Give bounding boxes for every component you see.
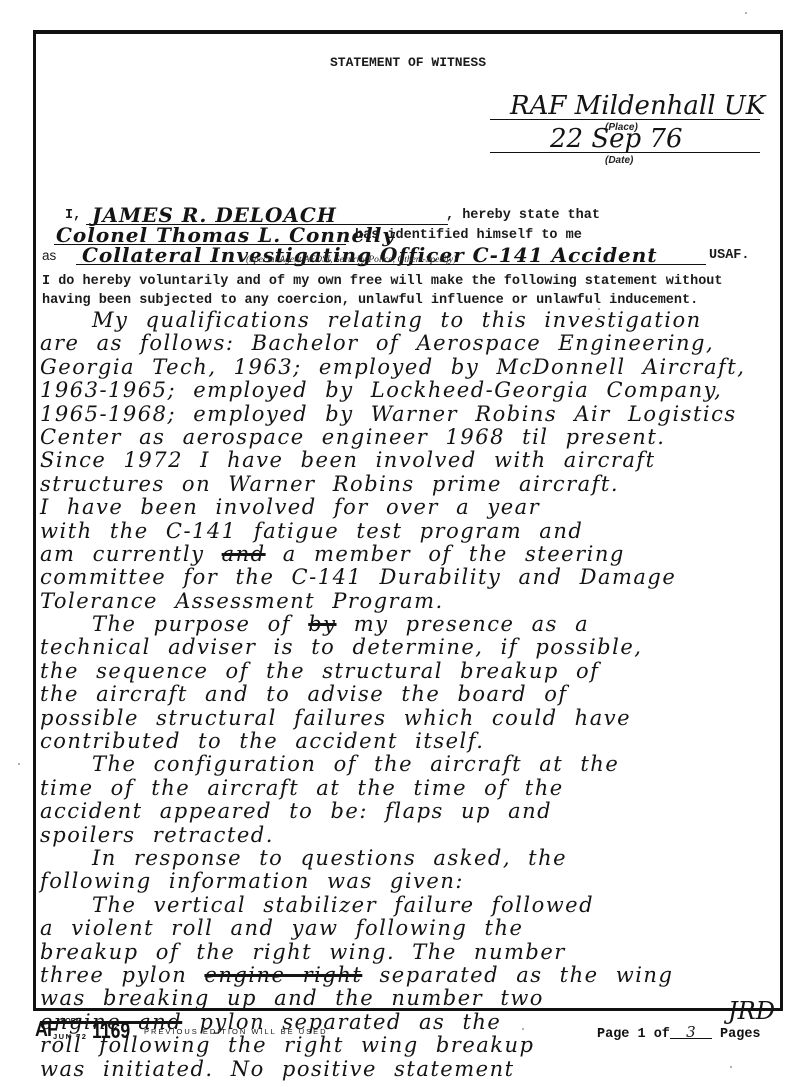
statement-line: was breaking up and the number two (40, 987, 740, 1010)
statement-line: Since 1972 I have been involved with air… (40, 449, 740, 472)
statement-line: The purpose of by my presence as a (40, 613, 740, 636)
as-label: as (42, 248, 56, 263)
hereby-state-label: , hereby state that (446, 208, 600, 223)
scan-speck (730, 1066, 732, 1068)
page-total-field[interactable]: 3 (670, 1023, 712, 1039)
form-title: STATEMENT OF WITNESS (36, 55, 780, 70)
statement-line: spoilers retracted. (40, 824, 740, 847)
statement-line: Georgia Tech, 1963; employed by McDonnel… (40, 356, 740, 379)
previous-edition-note: PREVIOUS EDITION WILL BE USED (144, 1027, 328, 1036)
scan-speck (18, 763, 20, 765)
date-field[interactable]: 22 Sep 76 (490, 126, 760, 153)
statement-line: 1965-1968; employed by Warner Robins Air… (40, 403, 740, 426)
scan-speck (745, 12, 747, 14)
statement-line: breakup of the right wing. The number (40, 941, 740, 964)
statement-line: 1963-1965; employed by Lockheed-Georgia … (40, 379, 740, 402)
statement-line: was initiated. No positive statement (40, 1058, 740, 1081)
struck-text: by (308, 612, 336, 636)
statement-line: am currently and a member of the steerin… (40, 543, 740, 566)
statement-line: structures on Warner Robins prime aircra… (40, 473, 740, 496)
struck-text: engine right (204, 963, 362, 987)
statement-line: a violent roll and yaw following the (40, 917, 740, 940)
statement-line: I have been involved for over a year (40, 496, 740, 519)
role-caption: (Special Agent AFOSI, Security Police, O… (246, 255, 456, 265)
place-value: RAF Mildenhall UK (510, 93, 765, 119)
statement-line: the aircraft and to advise the board of (40, 683, 740, 706)
statement-line: Tolerance Assessment Program. (40, 590, 740, 613)
page-total: 3 (686, 1023, 696, 1041)
statement-line: Center as aerospace engineer 1968 til pr… (40, 426, 740, 449)
statement-line: accident appeared to be: flaps up and (40, 800, 740, 823)
voluntary-statement: I do hereby voluntarily and of my own fr… (42, 272, 762, 310)
statement-line: are as follows: Bachelor of Aerospace En… (40, 332, 740, 355)
form-date: JUN 72 (53, 1032, 87, 1041)
statement-line: three pylon engine right separated as th… (40, 964, 740, 987)
statement-line: The configuration of the aircraft at the (40, 753, 740, 776)
place-field[interactable]: RAF Mildenhall UK (490, 93, 760, 120)
identified-label: has identified himself to me (355, 228, 582, 243)
statement-line: contributed to the accident itself. (40, 730, 740, 753)
pages-label: Pages (720, 1027, 761, 1042)
page-label: Page 1 of (597, 1027, 670, 1042)
statement-line: The vertical stabilizer failure followed (40, 894, 740, 917)
page-counter: Page 1 of3 Pages (597, 1023, 761, 1042)
statement-line: technical adviser is to determine, if po… (40, 636, 740, 659)
statement-line: possible structural failures which could… (40, 707, 740, 730)
form-label: FORM (61, 1018, 82, 1025)
statement-line: time of the aircraft at the time of the (40, 777, 740, 800)
statement-line: In response to questions asked, the (40, 847, 740, 870)
date-value: 22 Sep 76 (550, 126, 683, 152)
usaf-label: USAF. (709, 248, 750, 263)
statement-line: My qualifications relating to this inves… (40, 309, 740, 332)
statement-line: committee for the C-141 Durability and D… (40, 566, 740, 589)
i-label: I, (65, 208, 81, 223)
statement-line: the sequence of the structural breakup o… (40, 660, 740, 683)
date-caption: (Date) (605, 155, 633, 166)
scan-speck (598, 308, 600, 310)
struck-text: and (222, 542, 266, 566)
form-footer: AF FORM JUN 72 1169 PREVIOUS EDITION WIL… (35, 1018, 785, 1048)
scan-speck (522, 1028, 524, 1030)
voluntary-line-1: I do hereby voluntarily and of my own fr… (42, 272, 762, 291)
statement-line: with the C-141 fatigue test program and (40, 520, 740, 543)
handwritten-statement: My qualifications relating to this inves… (40, 309, 740, 1081)
form-number: 1169 (92, 1018, 130, 1044)
statement-line: following information was given: (40, 870, 740, 893)
